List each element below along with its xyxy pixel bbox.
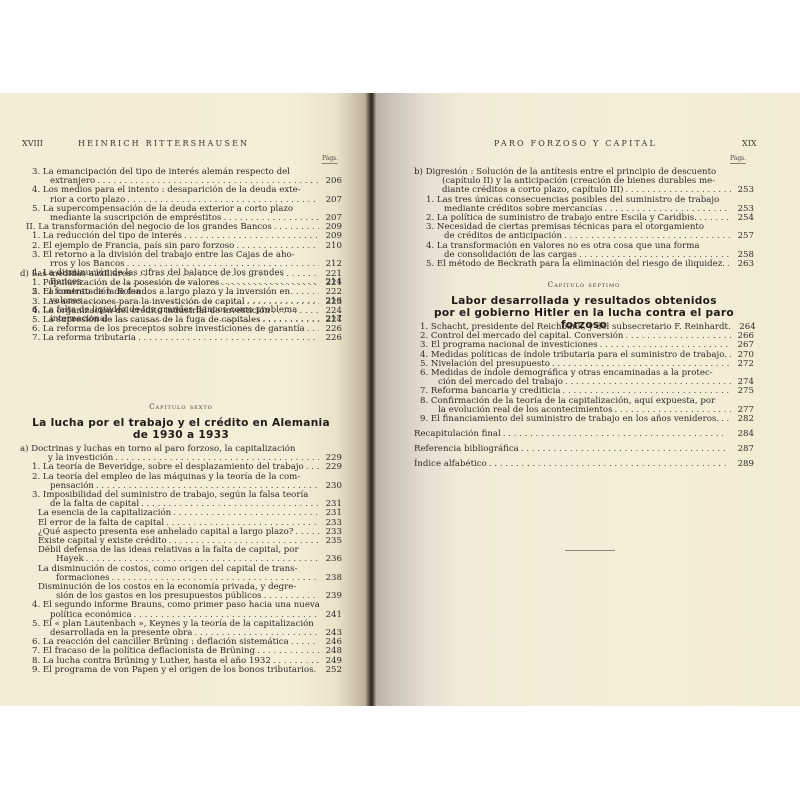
toc-entry-last-line: 9. El financiamiento del suministro de t… [420,415,754,424]
toc-page-number: 230 [322,482,342,491]
toc-entry: 6. Medidas de índole demográfica y otras… [414,369,754,387]
toc-page-number: 238 [322,574,342,583]
toc-page-number: 275 [734,387,754,396]
toc-entry: Débil defensa de las ideas relativas a l… [20,546,342,564]
toc-page-number: 272 [734,360,754,369]
dot-leader [307,325,319,334]
toc-entry: 5. El « plan Lautenbach », Keynes y la t… [20,620,342,638]
toc-entry: 3. Necesidad de ciertas premisas técnica… [414,223,754,241]
toc-entry: 3. La emancipación del tipo de interés a… [20,168,342,186]
dot-leader [291,638,319,647]
toc-page-number: 257 [734,232,754,241]
dot-leader [221,279,319,288]
left-running-head: HEINRICH RITTERSHAUSEN [78,139,249,148]
dot-leader [318,666,319,675]
back-matter-page: 289 [730,460,754,469]
chapter-6-title-line2: de 1930 a 1933 [20,429,342,441]
toc-page-number: 263 [734,260,754,269]
toc-entry-text: 7. La reforma tributaria [32,334,136,343]
dot-leader [625,332,731,341]
toc-page-number: 210 [322,242,342,251]
toc-entry: 4. El segundo informe Brauns, como prime… [20,601,342,619]
right-toc-chapter-7: 1. Schacht, presidente del Reichbank, y … [414,323,754,424]
chapter-7-title-line1: Labor desarrollada y resultados obtenido… [414,295,754,307]
dot-leader [295,528,319,537]
toc-page-number: 253 [734,186,754,195]
toc-entry: 9. El financiamiento del suministro de t… [414,415,754,424]
toc-entry-last-line: 7. La reforma tributaria226 [32,334,342,343]
back-matter-label: Recapitulación final [414,430,501,439]
toc-entry: 4. La transformación en valores no es ot… [414,242,754,260]
back-matter-row: Recapitulación final 284 [414,430,754,439]
dot-leader [727,260,731,269]
dot-leader [173,509,319,518]
toc-entry-text: 9. El programa de von Papen y el origen … [32,666,316,675]
dot-leader [274,223,319,232]
toc-page-number: 235 [322,537,342,546]
left-page: XVIII HEINRICH RITTERSHAUSEN Págs. 3. La… [0,93,366,706]
dot-leader [138,334,319,343]
dot-leader [306,463,319,472]
right-folio: XIX [742,139,757,148]
toc-entry: b) Digresión : Solución de la antítesis … [414,168,754,196]
toc-entry: Disminución de los costos en la economía… [20,583,342,601]
toc-entry: 4. Los medios para el intento : desapari… [20,186,342,204]
toc-entry: 5. El método de Beckrath para la elimina… [414,260,754,269]
back-matter-page: 287 [730,445,754,454]
left-toc-section-d: d) Las medidas auxiliares2211. Populariz… [20,270,342,344]
toc-entry: 5. La supercompensación de la deuda exte… [20,205,342,223]
chapter-6-label: Capítulo sexto [20,403,342,411]
back-matter-row: Referencia bibliográfica 287 [414,445,754,454]
right-back-matter: Recapitulación final 284 Referencia bibl… [414,430,754,470]
left-toc-chapter-6: a) Doctrinas y luchas en torno al paro f… [20,445,342,675]
toc-entry: 3. El retorno a la división del trabajo … [20,251,342,269]
toc-entry-last-line: 5. El método de Beckrath para la elimina… [426,260,754,269]
toc-entry: 2. La teoría del empleo de las máquinas … [20,473,342,491]
toc-page-number: 212 [322,260,342,269]
toc-entry: 8. Confirmación de la teoría de la capit… [414,397,754,415]
toc-entry-last-line: 9. El programa de von Papen y el origen … [32,666,342,675]
toc-page-number: 207 [322,196,342,205]
right-pags-label: Págs. [730,155,746,162]
back-matter-label: Índice alfabético [414,460,487,469]
toc-entry: 1. Las tres únicas consecuencias posible… [414,196,754,214]
toc-page-number: 254 [734,214,754,223]
open-book-spread: XVIII HEINRICH RITTERSHAUSEN Págs. 3. La… [0,93,800,706]
right-running-head: PARO FORZOSO Y CAPITAL [494,139,657,148]
toc-entry-text: 5. El método de Beckrath para la elimina… [426,260,725,269]
back-matter-row: Índice alfabético 289 [414,460,754,469]
book-gutter [366,93,376,706]
dot-leader [272,307,319,316]
back-matter-page: 284 [730,430,754,439]
dot-leader [729,351,731,360]
toc-page-number: 239 [322,592,342,601]
toc-page-number: 229 [322,463,342,472]
toc-page-number: 226 [322,334,342,343]
toc-entry-text: 9. El financiamiento del suministro de t… [420,415,719,424]
toc-page-number: 236 [322,555,342,564]
end-rule [565,550,615,551]
dot-leader [721,415,731,424]
toc-entry: 3. Imposibilidad del suministro de traba… [20,491,342,509]
toc-page-number: 252 [322,666,342,675]
toc-entry: La disminución de costos, como origen de… [20,565,342,583]
toc-entry: a) Doctrinas y luchas en torno al paro f… [20,445,342,463]
back-matter-label: Referencia bibliográfica [414,445,519,454]
right-toc-section-b: b) Digresión : Solución de la antítesis … [414,168,754,269]
left-pags-label: Págs. [322,155,338,162]
toc-entry: 9. El programa de von Papen y el origen … [20,666,342,675]
chapter-6-heading: Capítulo sexto La lucha por el trabajo y… [20,403,342,441]
chapter-6-title-line1: La lucha por el trabajo y el crédito en … [20,417,342,429]
left-folio: XVIII [22,139,43,148]
toc-page-number: 206 [322,177,342,186]
right-page: PARO FORZOSO Y CAPITAL XIX Págs. b) Digr… [376,93,800,706]
toc-page-number: 241 [322,611,342,620]
toc-entry: 7. La reforma tributaria226 [20,334,342,343]
toc-page-number: 282 [734,415,754,424]
chapter-7-label: Capítulo séptimo [414,281,754,289]
dot-leader [565,378,731,387]
